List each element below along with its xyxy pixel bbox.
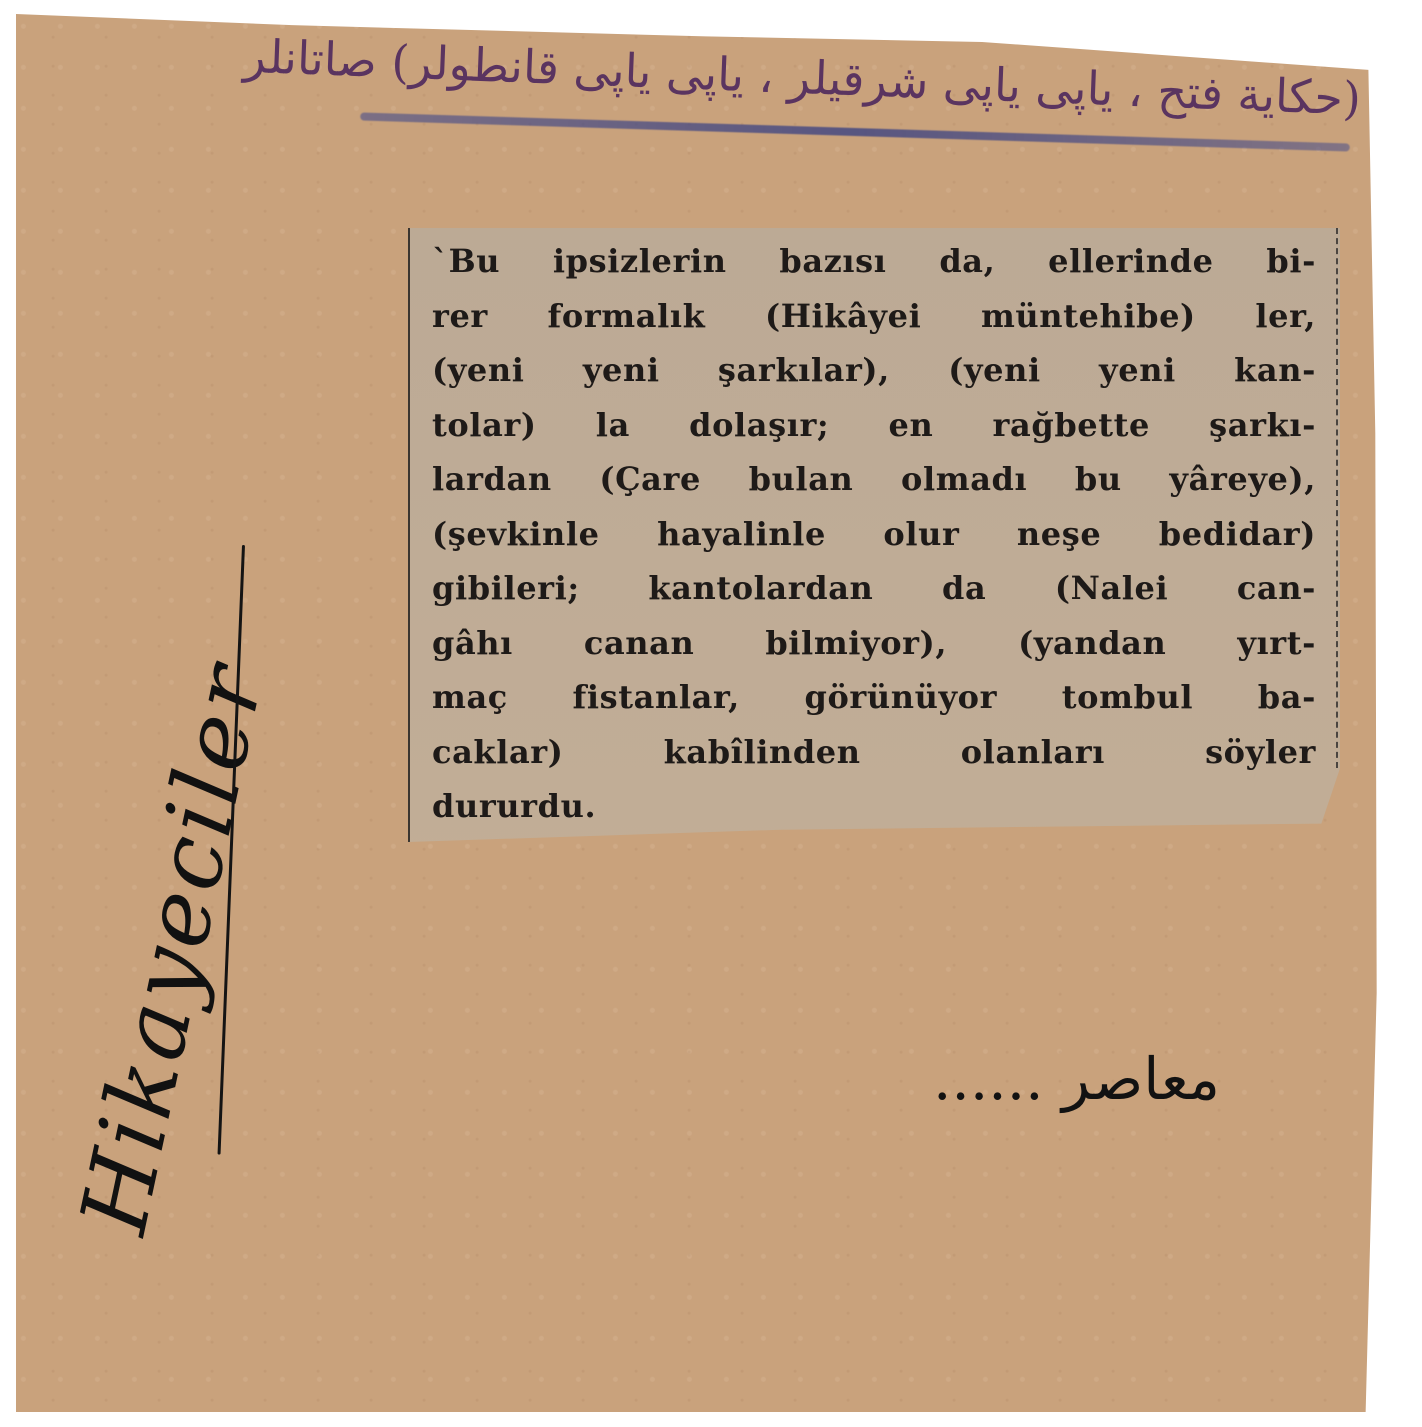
clipping-line: rer formalık (Hikâyei müntehibe) ler,	[432, 289, 1316, 344]
clipping-line: `Bu ipsizlerin bazısı da, ellerinde bi-	[432, 234, 1316, 289]
clipping-line: lardan (Çare bulan olmadı bu yâreye),	[432, 452, 1316, 507]
clipping-text: `Bu ipsizlerin bazısı da, ellerinde bi- …	[432, 234, 1316, 834]
clipping-line: gâhı canan bilmiyor), (yandan yırt-	[432, 616, 1316, 671]
handwritten-bottom-note: معاصر ......	[700, 1045, 1220, 1165]
clipping-line: maç fistanlar, görünüyor tombul ba-	[432, 670, 1316, 725]
clipping-line: (şevkinle hayalinle olur neşe bedidar)	[432, 507, 1316, 562]
column-rule	[1336, 228, 1338, 768]
clipping-line: tolar) la dolaşır; en rağbette şarkı-	[432, 398, 1316, 453]
newspaper-clipping: `Bu ipsizlerin bazısı da, ellerinde bi- …	[408, 228, 1340, 842]
clipping-line: caklar) kabîlinden olanları söyler	[432, 725, 1316, 780]
clipping-line: gibileri; kantolardan da (Nalei can-	[432, 561, 1316, 616]
clipping-line: (yeni yeni şarkılar), (yeni yeni kan-	[432, 343, 1316, 398]
